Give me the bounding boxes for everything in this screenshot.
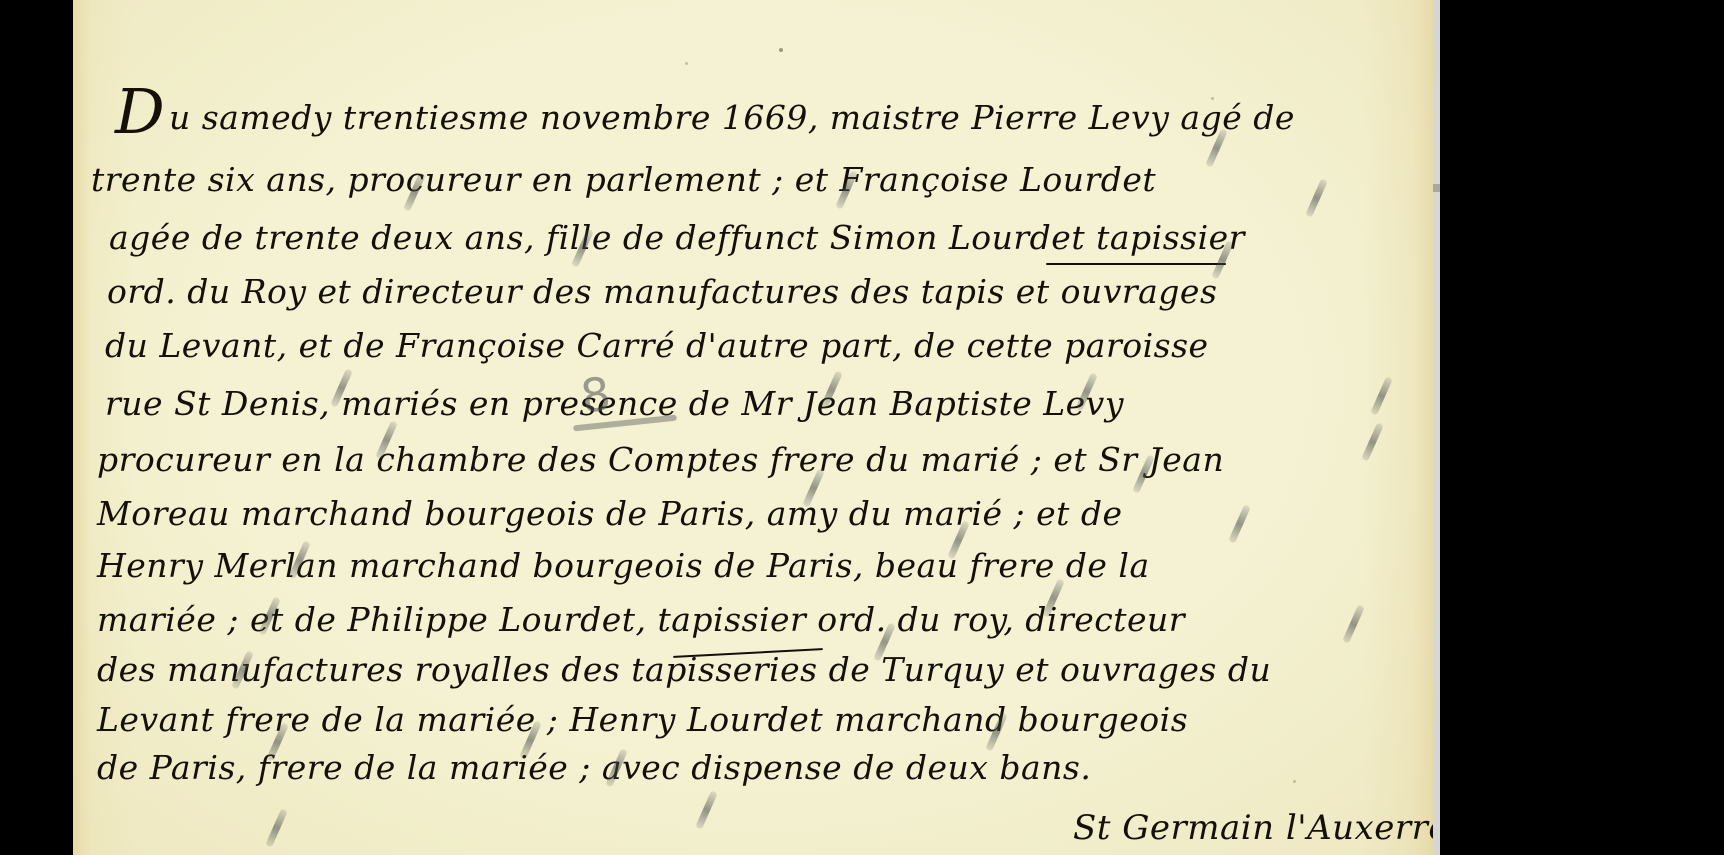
document-page: D u samedy trentiesme novembre 1669, mai… <box>73 0 1433 855</box>
register-line-13: de Paris, frere de la mariée ; avec disp… <box>97 748 1091 788</box>
pencil-number-annotation: 8 <box>577 366 614 424</box>
archive-reference: St Germain l'Auxerrois N° 163 <box>1073 808 1433 848</box>
paper-speck <box>685 62 688 65</box>
register-line-7: procureur en la chambre des Comptes frer… <box>97 440 1224 480</box>
pencil-slash-mark <box>1342 604 1365 643</box>
scan-border-right <box>1440 0 1724 855</box>
page-edge-strip <box>1433 0 1440 855</box>
register-line-12: Levant frere de la mariée ; Henry Lourde… <box>97 700 1188 740</box>
paper-speck <box>779 48 783 52</box>
pencil-slash-mark <box>1305 178 1328 217</box>
register-line-2: trente six ans, procureur en parlement ;… <box>91 160 1156 200</box>
register-line-6: rue St Denis, mariés en presence de Mr J… <box>105 384 1124 424</box>
pencil-slash-mark <box>695 790 718 829</box>
paper-speck <box>1293 780 1296 783</box>
pencil-slash-mark <box>1228 504 1251 543</box>
pencil-slash-mark <box>265 808 288 847</box>
line-text: u samedy trentiesme novembre 1669, maist… <box>169 98 1295 137</box>
pencil-slash-mark <box>1370 376 1393 415</box>
pencil-slash-mark <box>1361 422 1384 461</box>
decorated-initial: D <box>115 82 165 142</box>
register-line-5: du Levant, et de Françoise Carré d'autre… <box>105 326 1209 366</box>
ink-underline <box>1046 263 1226 265</box>
register-line-8: Moreau marchand bourgeois de Paris, amy … <box>97 494 1123 534</box>
register-line-9: Henry Merlan marchand bourgeois de Paris… <box>97 546 1150 586</box>
register-line-3: agée de trente deux ans, fille de deffun… <box>109 218 1245 258</box>
register-line-4: ord. du Roy et directeur des manufacture… <box>107 272 1217 312</box>
page-edge-notch <box>1433 184 1440 192</box>
register-line-1: u samedy trentiesme novembre 1669, maist… <box>169 98 1295 138</box>
scan-border-left <box>0 0 73 855</box>
